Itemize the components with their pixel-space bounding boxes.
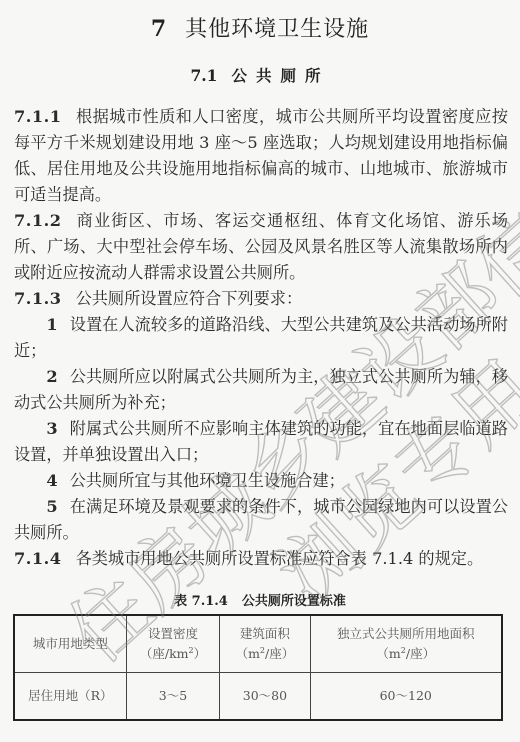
list-item: 1设置在人流较多的道路沿线、大型公共建筑及公共活动场所附近； xyxy=(14,312,508,364)
item-number: 1 xyxy=(46,315,57,334)
chapter-title-text: 其他环境卫生设施 xyxy=(185,17,369,42)
clause-text: 商业街区、市场、客运交通枢纽、体育文化场馆、游乐场所、广场、大中型社会停车场、公… xyxy=(14,211,508,282)
item-text: 附属式公共厕所不应影响主体建筑的功能，宜在地面层临道路设置，并单独设置出入口； xyxy=(14,419,508,464)
section-title: 7.1公共厕所 xyxy=(0,64,520,86)
clause-text: 公共厕所设置应符合下列要求： xyxy=(76,289,303,308)
cell-land-area: 60～120 xyxy=(310,673,502,721)
clause-number: 7.1.3 xyxy=(14,289,62,308)
chapter-number: 7 xyxy=(151,16,167,42)
section-number: 7.1 xyxy=(191,66,218,85)
list-item: 3附属式公共厕所不应影响主体建筑的功能，宜在地面层临道路设置，并单独设置出入口； xyxy=(14,416,508,468)
clause-number: 7.1.4 xyxy=(14,549,62,568)
clause-7-1-3: 7.1.3公共厕所设置应符合下列要求： xyxy=(14,286,508,312)
table-caption: 表 7.1.4公共厕所设置标准 xyxy=(0,590,520,609)
header-land-type: 城市用地类型 xyxy=(14,615,126,673)
table-row: 居住用地（R） 3～5 30～80 60～120 xyxy=(14,673,502,721)
clause-7-1-2: 7.1.2商业街区、市场、客运交通枢纽、体育文化场馆、游乐场所、广场、大中型社会… xyxy=(14,208,508,286)
item-number: 2 xyxy=(46,367,57,386)
clause-7-1-1: 7.1.1根据城市性质和人口密度，城市公共厕所平均设置密度应按每平方千米规划建设… xyxy=(14,104,508,208)
header-building-area: 建筑面积 （m2/座） xyxy=(220,615,310,673)
standards-table: 城市用地类型 设置密度 （座/km2） 建筑面积 （m2/座） 独立式公共厕所用… xyxy=(13,614,503,721)
list-item: 2公共厕所应以附属式公共厕所为主，独立式公共厕所为辅，移动式公共厕所为补充； xyxy=(14,364,508,416)
item-text: 公共厕所宜与其他环境卫生设施合建； xyxy=(70,471,345,490)
cell-density: 3～5 xyxy=(126,673,220,721)
cell-land-type: 居住用地（R） xyxy=(14,673,126,721)
clause-text: 根据城市性质和人口密度，城市公共厕所平均设置密度应按每平方千米规划建设用地 3 … xyxy=(14,107,508,204)
clause-text: 各类城市用地公共厕所设置标准应符合表 7.1.4 的规定。 xyxy=(76,549,484,568)
header-land-area: 独立式公共厕所用地面积 （m2/座） xyxy=(310,615,502,673)
section-body: 7.1.1根据城市性质和人口密度，城市公共厕所平均设置密度应按每平方千米规划建设… xyxy=(14,104,508,572)
clause-number: 7.1.2 xyxy=(14,211,62,230)
table-number: 表 7.1.4 xyxy=(174,594,228,609)
item-number: 4 xyxy=(46,471,57,490)
list-item: 5在满足环境及景观要求的条件下，城市公园绿地内可以设置公共厕所。 xyxy=(14,494,508,546)
item-text: 公共厕所应以附属式公共厕所为主，独立式公共厕所为辅，移动式公共厕所为补充； xyxy=(14,367,508,412)
section-title-text: 公共厕所 xyxy=(231,67,329,85)
header-density: 设置密度 （座/km2） xyxy=(126,615,220,673)
item-text: 设置在人流较多的道路沿线、大型公共建筑及公共活动场所附近； xyxy=(14,315,508,360)
table-header-row: 城市用地类型 设置密度 （座/km2） 建筑面积 （m2/座） 独立式公共厕所用… xyxy=(14,615,502,673)
cell-building-area: 30～80 xyxy=(220,673,310,721)
table-title: 公共厕所设置标准 xyxy=(242,594,346,609)
clause-number: 7.1.1 xyxy=(14,107,62,126)
list-item: 4公共厕所宜与其他环境卫生设施合建； xyxy=(14,468,508,494)
item-text: 在满足环境及景观要求的条件下，城市公园绿地内可以设置公共厕所。 xyxy=(14,497,508,542)
item-number: 3 xyxy=(46,419,57,438)
item-number: 5 xyxy=(46,497,57,516)
clause-7-1-4: 7.1.4各类城市用地公共厕所设置标准应符合表 7.1.4 的规定。 xyxy=(14,546,508,572)
chapter-title: 7其他环境卫生设施 xyxy=(0,12,520,43)
document-page: 7其他环境卫生设施 7.1公共厕所 7.1.1根据城市性质和人口密度，城市公共厕… xyxy=(0,0,520,742)
